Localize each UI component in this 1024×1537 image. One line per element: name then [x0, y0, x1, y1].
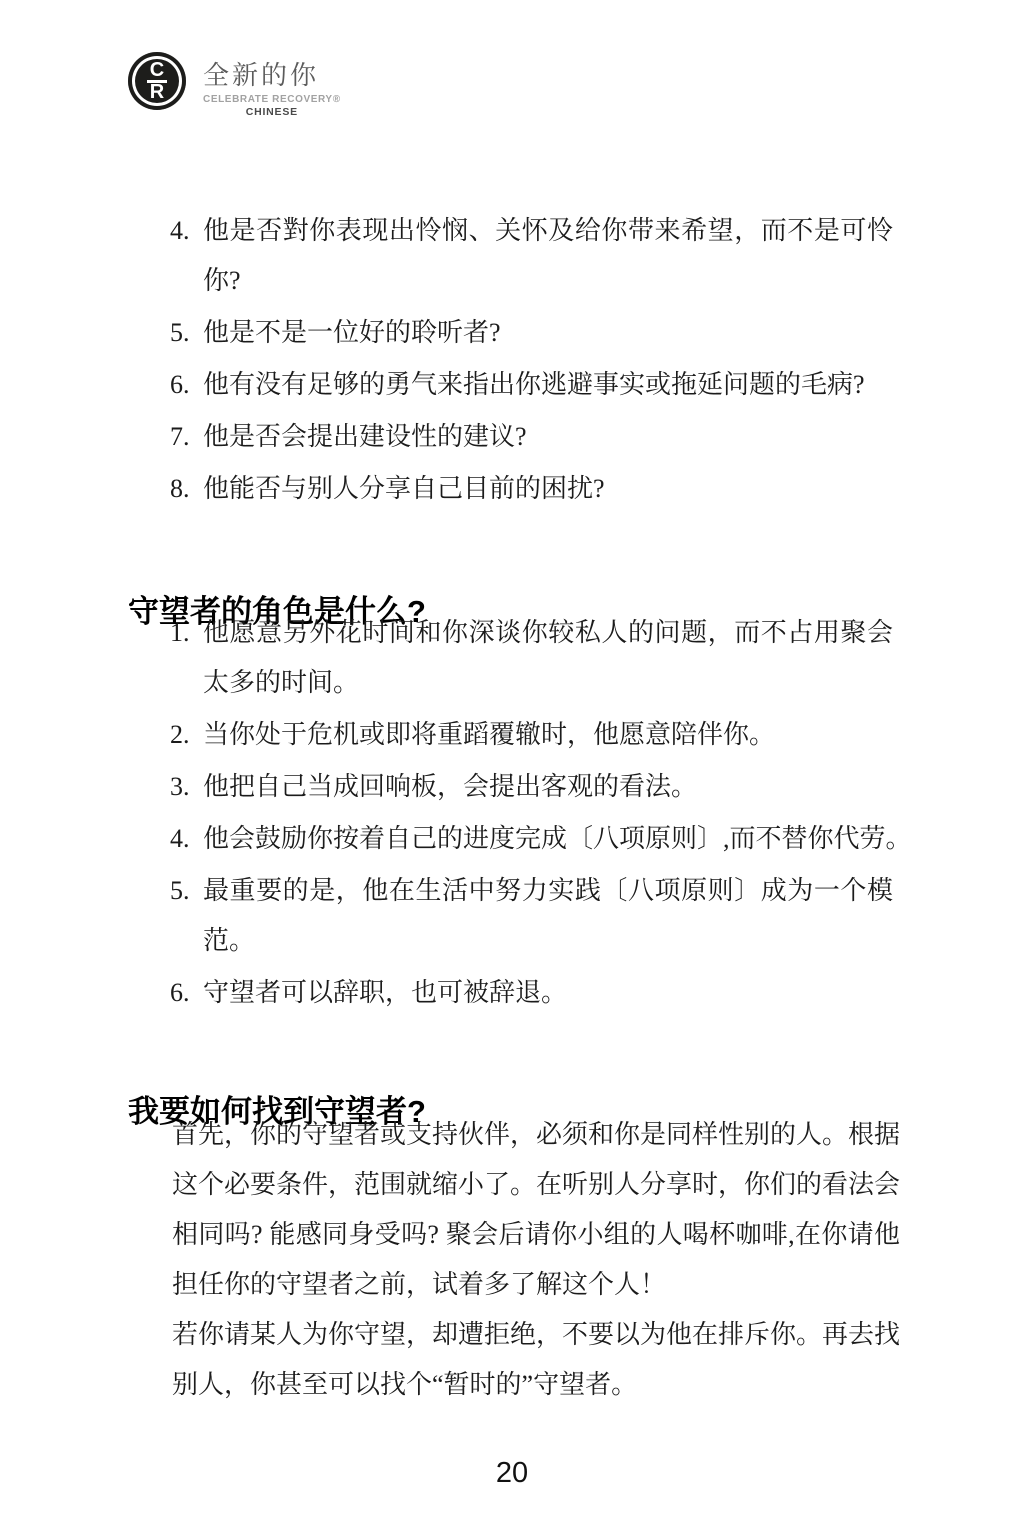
list-item-number: 3.	[170, 762, 196, 812]
list-item-text: 他把自己当成回响板，会提出客观的看法。	[203, 772, 697, 801]
list-item: 2.当你处于危机或即将重蹈覆辙时，他愿意陪伴你。	[170, 710, 893, 760]
list-item-number: 7.	[170, 412, 196, 462]
list-item-number: 2.	[170, 710, 196, 760]
list-item-text: 最重要的是，他在生活中努力实践〔八项原则〕成为一个模范。	[203, 876, 893, 955]
list-item-text: 他是否對你表现出怜悯、关怀及给你带来希望，而不是可怜你?	[203, 216, 893, 295]
list-item-text: 守望者可以辞职，也可被辞退。	[203, 978, 567, 1007]
list-item: 4.他会鼓励你按着自己的进度完成〔八项原则〕,而不替你代劳。	[170, 814, 893, 864]
celebrate-recovery-logo: C R 全新的你 CELEBRATE RECOVERY® CHINESE	[128, 52, 341, 118]
logo-region-label: CHINESE	[203, 106, 341, 118]
logo-cjk-name: 全新的你	[203, 62, 341, 90]
list-item-number: 4.	[170, 814, 196, 864]
cr-monogram-icon: C R	[128, 52, 186, 110]
list-item-number: 1.	[170, 608, 196, 658]
list-item: 8.他能否与别人分享自己目前的困扰?	[170, 464, 893, 514]
list-item: 5.他是不是一位好的聆听者?	[170, 308, 893, 358]
list-item: 6.他有没有足够的勇气来指出你逃避事实或拖延问题的毛病?	[170, 360, 893, 410]
list-item-number: 8.	[170, 464, 196, 514]
document-page: C R 全新的你 CELEBRATE RECOVERY® CHINESE 4.他…	[0, 0, 1024, 1537]
paragraph: 首先，你的守望者或支持伙伴，必须和你是同样性别的人。根据这个必要条件，范围就缩小…	[172, 1110, 900, 1310]
list-item-text: 他能否与别人分享自己目前的困扰?	[203, 474, 605, 503]
monogram-letter-c: C	[150, 62, 164, 79]
list-item-text: 他是否会提出建设性的建议?	[203, 422, 527, 451]
logo-brand-name: CELEBRATE RECOVERY®	[203, 94, 341, 105]
list-item-number: 6.	[170, 360, 196, 410]
logo-text-block: 全新的你 CELEBRATE RECOVERY® CHINESE	[203, 62, 341, 118]
page-number: 20	[0, 1458, 1024, 1488]
role-list: 1.他愿意另外花时间和你深谈你较私人的问题，而不占用聚会太多的时间。 2.当你处…	[170, 608, 893, 1020]
list-item-text: 他愿意另外花时间和你深谈你较私人的问题，而不占用聚会太多的时间。	[203, 618, 893, 697]
list-item-text: 他是不是一位好的聆听者?	[203, 318, 501, 347]
find-section-body: 首先，你的守望者或支持伙伴，必须和你是同样性别的人。根据这个必要条件，范围就缩小…	[172, 1110, 900, 1410]
list-item: 6.守望者可以辞职，也可被辞退。	[170, 968, 893, 1018]
list-item: 3.他把自己当成回响板，会提出客观的看法。	[170, 762, 893, 812]
list-item: 7.他是否会提出建设性的建议?	[170, 412, 893, 462]
list-item-text: 当你处于危机或即将重蹈覆辙时，他愿意陪伴你。	[203, 720, 775, 749]
list-item-number: 5.	[170, 308, 196, 358]
qualities-list: 4.他是否對你表现出怜悯、关怀及给你带来希望，而不是可怜你? 5.他是不是一位好…	[170, 206, 893, 516]
list-item-number: 5.	[170, 866, 196, 916]
list-item-text: 他有没有足够的勇气来指出你逃避事实或拖延问题的毛病?	[203, 370, 865, 399]
list-item: 5.最重要的是，他在生活中努力实践〔八项原则〕成为一个模范。	[170, 866, 893, 966]
list-item-number: 4.	[170, 206, 196, 256]
monogram-letter-r: R	[150, 84, 164, 101]
list-item: 4.他是否對你表现出怜悯、关怀及给你带来希望，而不是可怜你?	[170, 206, 893, 306]
paragraph: 若你请某人为你守望，却遭拒绝，不要以为他在排斥你。再去找别人，你甚至可以找个“暂…	[172, 1310, 900, 1410]
list-item: 1.他愿意另外花时间和你深谈你较私人的问题，而不占用聚会太多的时间。	[170, 608, 893, 708]
list-item-text: 他会鼓励你按着自己的进度完成〔八项原则〕,而不替你代劳。	[203, 824, 912, 853]
list-item-number: 6.	[170, 968, 196, 1018]
